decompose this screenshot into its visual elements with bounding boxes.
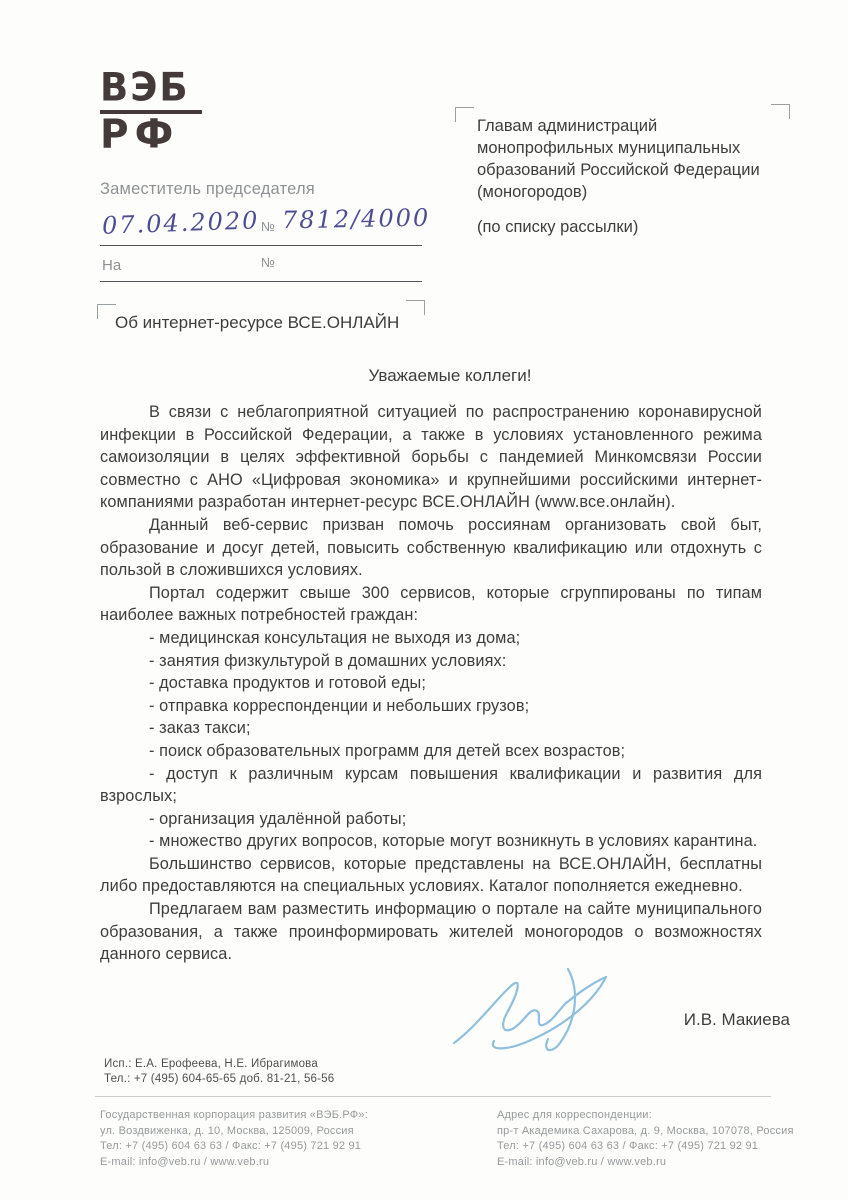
reference-block: 07.04.2020 № 7812/4000 На № [100,205,422,282]
footer: Государственная корпорация развития «ВЭБ… [100,1108,800,1170]
veb-rf-logo: ВЭБ РФ [100,68,204,154]
list-item: - множество других вопросов, которые мог… [100,830,762,853]
recipient-block: Главам администраций монопрофильных муни… [455,104,790,237]
footer-divider [95,1096,771,1097]
footer-correspondence-address: Адрес для корреспонденции: пр-т Академик… [497,1108,794,1170]
footer-corporate-address: Государственная корпорация развития «ВЭБ… [100,1108,497,1170]
list-item: - занятия физкультурой в домашних услови… [100,650,762,673]
handwritten-date: 07.04.2020 [102,206,260,239]
mailing-list-note: (по списку рассылки) [455,203,790,237]
list-item: - отправка корреспонденции и небольших г… [100,695,762,718]
executor-block: Исп.: Е.А. Ерофеева, Н.Е. Ибрагимова Тел… [104,1057,334,1086]
salutation: Уважаемые коллеги! [100,366,800,386]
outgoing-ref-row: 07.04.2020 № 7812/4000 [100,205,422,246]
recipient-line: монопрофильных муниципальных [477,137,790,159]
list-item: - доступ к различным курсам повышения кв… [100,763,762,808]
list-item: - заказ такси; [100,717,762,740]
corner-mark-top-right [406,300,425,315]
logo-text-top: ВЭБ [100,68,204,107]
incoming-ref-row: На № [100,246,422,282]
body-paragraph: Данный веб-сервис призван помочь россиян… [100,514,762,582]
footer-line: E-mail: info@veb.ru / www.veb.ru [497,1155,794,1171]
footer-line: E-mail: info@veb.ru / www.veb.ru [100,1155,497,1171]
number-sign: № [261,219,275,234]
scanned-letter-page: ВЭБ РФ Заместитель председателя 07.04.20… [0,0,848,1200]
executor-names: Исп.: Е.А. Ерофеева, Н.Е. Ибрагимова [104,1057,334,1072]
body-paragraph: Большинство сервисов, которые представле… [100,853,762,898]
subject-block: Об интернет-ресурсе ВСЕ.ОНЛАЙН [97,299,425,339]
na-label: На [102,257,121,274]
corner-mark-top-left [455,107,474,122]
footer-line: ул. Воздвиженка, д. 10, Москва, 125009, … [100,1124,497,1140]
recipient-line: образований Российской Федерации [477,159,790,181]
letter-body: В связи с неблагоприятной ситуацией по р… [100,401,762,966]
handwritten-outgoing-number: 7812/4000 [282,204,431,235]
recipient-line: Главам администраций [477,115,790,137]
corner-mark-top-left [97,304,116,319]
subject-line: Об интернет-ресурсе ВСЕ.ОНЛАЙН [97,299,425,333]
body-paragraph: Портал содержит свыше 300 сервисов, кото… [100,582,762,627]
logo-text-bottom: РФ [100,115,204,155]
footer-line: Тел: +7 (495) 604 63 63 / Факс: +7 (495)… [100,1139,497,1155]
recipient-line: (моногородов) [477,181,790,203]
executor-phone: Тел.: +7 (495) 604-65-65 доб. 81-21, 56-… [104,1072,334,1087]
sender-position-title: Заместитель председателя [100,180,315,199]
number-sign-2: № [261,255,275,270]
corner-mark-top-right [771,104,790,119]
footer-line: пр-т Академика Сахарова, д. 9, Москва, 1… [497,1124,794,1140]
footer-line: Тел: +7 (495) 604 63 63 / Факс: +7 (495)… [497,1139,794,1155]
footer-line: Адрес для корреспонденции: [497,1108,794,1124]
body-paragraph: Предлагаем вам разместить информацию о п… [100,898,762,966]
list-item: - поиск образовательных программ для дет… [100,740,762,763]
list-item: - доставка продуктов и готовой еды; [100,672,762,695]
signature-scribble [448,963,643,1058]
recipient-address: Главам администраций монопрофильных муни… [455,104,790,203]
footer-line: Государственная корпорация развития «ВЭБ… [100,1108,497,1124]
signer-name: И.В. Макиева [684,1010,790,1030]
body-paragraph: В связи с неблагоприятной ситуацией по р… [100,401,762,514]
list-item: - медицинская консультация не выходя из … [100,627,762,650]
list-item: - организация удалённой работы; [100,808,762,831]
